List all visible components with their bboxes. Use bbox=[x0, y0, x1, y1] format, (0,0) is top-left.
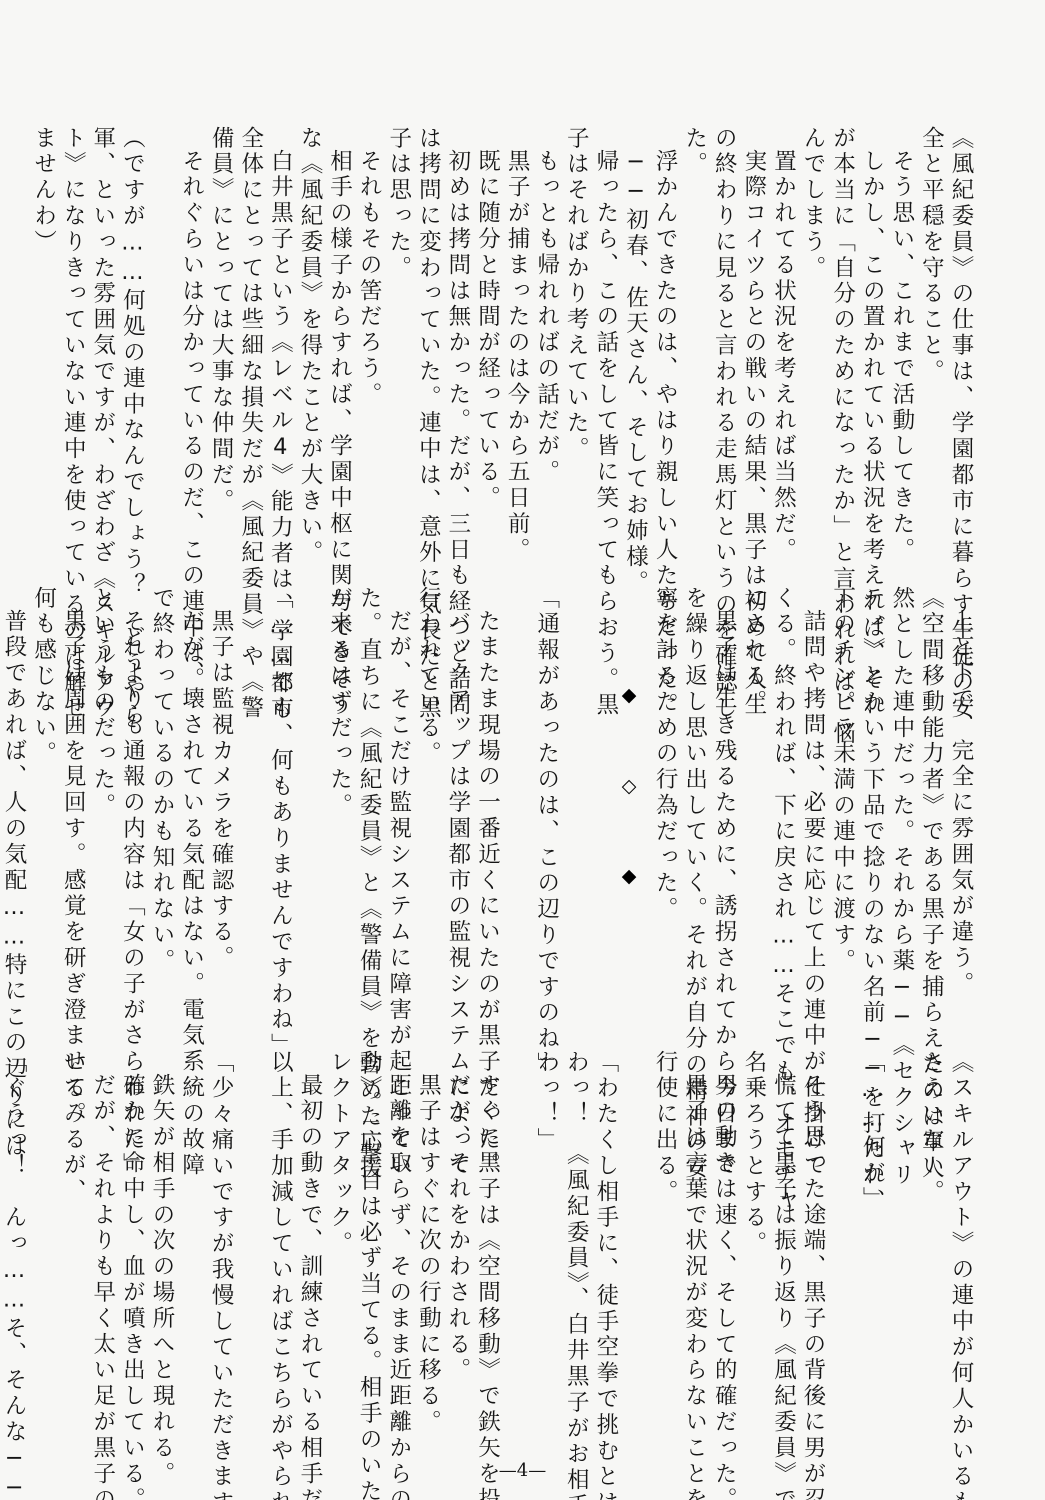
text-line: が来るはずだった。 bbox=[324, 586, 354, 1006]
text-line: 動》。二撃目は必ず当てる。相手のいた場所へのダイ bbox=[354, 1050, 384, 1470]
text-line: それよりも通報の内容は「女の子がさらわれた」 bbox=[117, 586, 147, 1006]
text-line: は拷問に変わっていた。連中は、意外に気長だと黒 bbox=[413, 126, 443, 546]
text-line bbox=[235, 586, 265, 1006]
text-line: 実際コイツらとの戦いの結果、黒子は初めて人生 bbox=[738, 126, 768, 546]
text-line: 子はそればかり考えていた。 bbox=[561, 126, 591, 546]
text-line: 詰問や拷問は、必要に応じて上の連中が仕掛けて bbox=[797, 586, 827, 1006]
text-line: 《風紀委員》の仕事は、学園都市に暮らす生徒の安 bbox=[945, 126, 975, 546]
text-line bbox=[620, 1050, 650, 1470]
text-line: わっ！」 bbox=[531, 1050, 561, 1470]
text-line: た。直ちに《風紀委員》と《警備員》を含めた応援 bbox=[354, 586, 384, 1006]
text-tier-top: 《風紀委員》の仕事は、学園都市に暮らす生徒の安全と平穏を守ること。そう思い、これ… bbox=[28, 126, 975, 546]
text-tier-bottom: 《スキルアウト》の連中が何人かいるものだが、それさえいない。 「……何が」 そう… bbox=[0, 1050, 975, 1470]
text-line bbox=[886, 1050, 916, 1470]
text-line: 置かれてる状況を考えれば当然だ。 bbox=[768, 126, 798, 546]
text-line: な《風紀委員》を得たことが大きい。 bbox=[294, 126, 324, 546]
text-line: そう思い、これまで活動してきた。 bbox=[886, 126, 916, 546]
text-line: だが、そこだけ監視システムに障害が起こってい bbox=[383, 586, 413, 1006]
text-line: わっ！ 《風紀委員》、白井黒子がお相手します bbox=[561, 1050, 591, 1470]
page-number: —4— bbox=[0, 1460, 1045, 1481]
text-line: それぐらいは分かっているのだ、この連中は。 bbox=[176, 126, 206, 546]
text-line: いる。 bbox=[58, 1050, 88, 1470]
text-line: 距離を取らず、そのまま近距離からの《空間移 bbox=[383, 1050, 413, 1470]
text-line: 既に随分と時間が経っている。 bbox=[472, 126, 502, 546]
text-line: の終わりに見ると言われる走馬灯というのを確認し bbox=[709, 126, 739, 546]
text-line: 上と下で、完全に雰囲気が違う。 bbox=[945, 586, 975, 1006]
text-line bbox=[176, 1050, 206, 1470]
text-line: 《スキルアウト》の連中が何人かいるものだが、それ bbox=[945, 1050, 975, 1470]
text-line: バックアップは学園都市の監視システムによって bbox=[442, 586, 472, 1006]
text-line: 鉄矢が相手の次の場所へと現れる。 bbox=[146, 1050, 176, 1470]
text-line: 全と平穏を守ること。 bbox=[916, 126, 946, 546]
text-line: というものだった。 bbox=[87, 586, 117, 1006]
text-line: だが、それよりも早く太い足が黒子の胴を薙いで bbox=[87, 1050, 117, 1470]
scene-break: ◆ ◇ ◆ bbox=[614, 686, 644, 886]
text-line: だが、壊されている気配はない。電気系統の故障 bbox=[176, 586, 206, 1006]
text-line: 「少々痛いですが我慢していただきますわよっ！」 bbox=[206, 1050, 236, 1470]
text-line: ませんわ） bbox=[28, 126, 58, 546]
text-line bbox=[561, 586, 591, 1006]
text-line: ──初春、佐天さん、そしてお姉様。 bbox=[620, 126, 650, 546]
text-line: 行われている。 bbox=[413, 586, 443, 1006]
novel-page: 《風紀委員》の仕事は、学園都市に暮らす生徒の安全と平穏を守ること。そう思い、これ… bbox=[0, 0, 1045, 1500]
text-line: 何も感じない。 bbox=[28, 586, 58, 1006]
text-line: 軍、といった雰囲気ですが、わざわざ《スキルアウ bbox=[87, 126, 117, 546]
text-line bbox=[827, 1050, 857, 1470]
text-line: 確かに命中し、血が噴き出している。 bbox=[117, 1050, 147, 1470]
text-line: 黒子は言葉で状況が変わらないことを知り、実力 bbox=[679, 1050, 709, 1470]
text-line: それもその筈だろう。 bbox=[354, 126, 384, 546]
text-line: 「ぐうっ！ んっ……そ、そんな──」 bbox=[0, 1050, 28, 1470]
text-line: 男の動きは速く、そして的確だった。 bbox=[709, 1050, 739, 1470]
text-line: しかし、この置かれている状況を考えれば、それ bbox=[857, 126, 887, 546]
text-line: レクトアタック。 bbox=[324, 1050, 354, 1470]
text-line: 然とした連中だった。それから薬──《セクシャリ bbox=[886, 586, 916, 1006]
text-line: 黒子は監視カメラを確認する。 bbox=[206, 586, 236, 1006]
text-line: すぐに黒子は《空間移動》で鉄矢を投げつける。 bbox=[472, 1050, 502, 1470]
text-line bbox=[146, 126, 176, 546]
text-tier-middle: 上と下で、完全に雰囲気が違う。《空間移動能力者》である黒子を捕らえたのは軍人然と… bbox=[0, 586, 975, 1006]
text-line: 帰ったら、この話をして皆に笑ってもらおう。黒 bbox=[590, 126, 620, 546]
text-line: くる。終われば、下に戻され……そこでも、オモチャ bbox=[768, 586, 798, 1006]
text-line: 黒子は生き残るために、誘拐されてから今日まで bbox=[709, 586, 739, 1006]
text-line: で終わっているのかも知れない。 bbox=[146, 586, 176, 1006]
text-line: 普段であれば、人の気配……特にこの辺りには bbox=[0, 586, 28, 1006]
text-line bbox=[502, 1050, 532, 1470]
text-line: 子は思った。 bbox=[383, 126, 413, 546]
text-line bbox=[502, 586, 532, 1006]
text-line: 初めは拷問は無かった。だが、三日も経つと詰問 bbox=[442, 126, 472, 546]
text-line: 慌てて黒子は振り返り《風紀委員》であることを bbox=[768, 1050, 798, 1470]
text-line: ト》になりきっていない連中を使っているのは解せ bbox=[58, 126, 88, 546]
text-line: 黒子は周囲を見回す。感覚を研ぎ澄ませてみるが、 bbox=[58, 586, 88, 1006]
hollow-diamond-icon: ◇ bbox=[622, 777, 637, 796]
text-line: 寧を計るための行為だった。 bbox=[649, 586, 679, 1006]
text-line bbox=[28, 1050, 58, 1470]
text-line: 「通報があったのは、この辺りですのね」 bbox=[531, 586, 561, 1006]
text-line: 行使に出る。 bbox=[649, 1050, 679, 1470]
text-line: 備員》にとっては大事な仲間だ。 bbox=[206, 126, 236, 546]
filled-diamond-icon: ◆ bbox=[622, 686, 637, 705]
text-line: 「わたくし相手に、徒手空拳で挑むとは良い度胸です bbox=[590, 1050, 620, 1470]
text-line: 相手の様子からすれば、学園中枢に関与できそう bbox=[324, 126, 354, 546]
text-line: 「……でも、何もありませんですわね」 bbox=[265, 586, 295, 1006]
text-line: 「……何が」 bbox=[857, 1050, 887, 1470]
text-line: 浮かんできたのは、やはり親しい人たちだった。 bbox=[649, 126, 679, 546]
text-line: 最初の動きで、訓練されている相手だと分かった bbox=[294, 1050, 324, 1470]
text-line: が本当に「自分のためになったか」と言われれば、悩 bbox=[827, 126, 857, 546]
text-line: 名乗ろうとする。 bbox=[738, 1050, 768, 1470]
text-line bbox=[294, 586, 324, 1006]
text-line: 下のチンピラ未満の連中に渡す。 bbox=[827, 586, 857, 1006]
text-line: 白井黒子という《レベル4》能力者は、学園都市 bbox=[265, 126, 295, 546]
text-line: （ですが……何処の連中なんでしょう？ どうやら bbox=[117, 126, 147, 546]
text-line: 《空間移動能力者》である黒子を捕らえたのは軍人 bbox=[916, 586, 946, 1006]
text-line: もっとも帰れればの話だが。 bbox=[531, 126, 561, 546]
text-line: そう思った途端、黒子の背後に男が忍び寄った。 bbox=[797, 1050, 827, 1470]
text-line: 黒子が捕まったのは今から五日前。 bbox=[502, 126, 532, 546]
text-line bbox=[235, 1050, 265, 1470]
text-line: 全体にとっては些細な損失だが《風紀委員》や《警 bbox=[235, 126, 265, 546]
text-line: さえいない。 bbox=[916, 1050, 946, 1470]
filled-diamond-icon: ◆ bbox=[622, 867, 637, 886]
text-line: ティ》とかいう下品で捻りのない名前──を打たれ、 bbox=[857, 586, 887, 1006]
text-line: にされる。 bbox=[738, 586, 768, 1006]
text-line: 黒子はすぐに次の行動に移る。 bbox=[413, 1050, 443, 1470]
text-line: だが、それをかわされる。 bbox=[442, 1050, 472, 1470]
text-line: たまたま現場の一番近くにいたのが黒子だった。 bbox=[472, 586, 502, 1006]
text-line: た。 bbox=[679, 126, 709, 546]
text-line: んでしまう。 bbox=[797, 126, 827, 546]
text-line: を繰り返し思い出していく。それが自分の精神の安 bbox=[679, 586, 709, 1006]
text-line: 以上、手加減していればこちらがやられる。 bbox=[265, 1050, 295, 1470]
